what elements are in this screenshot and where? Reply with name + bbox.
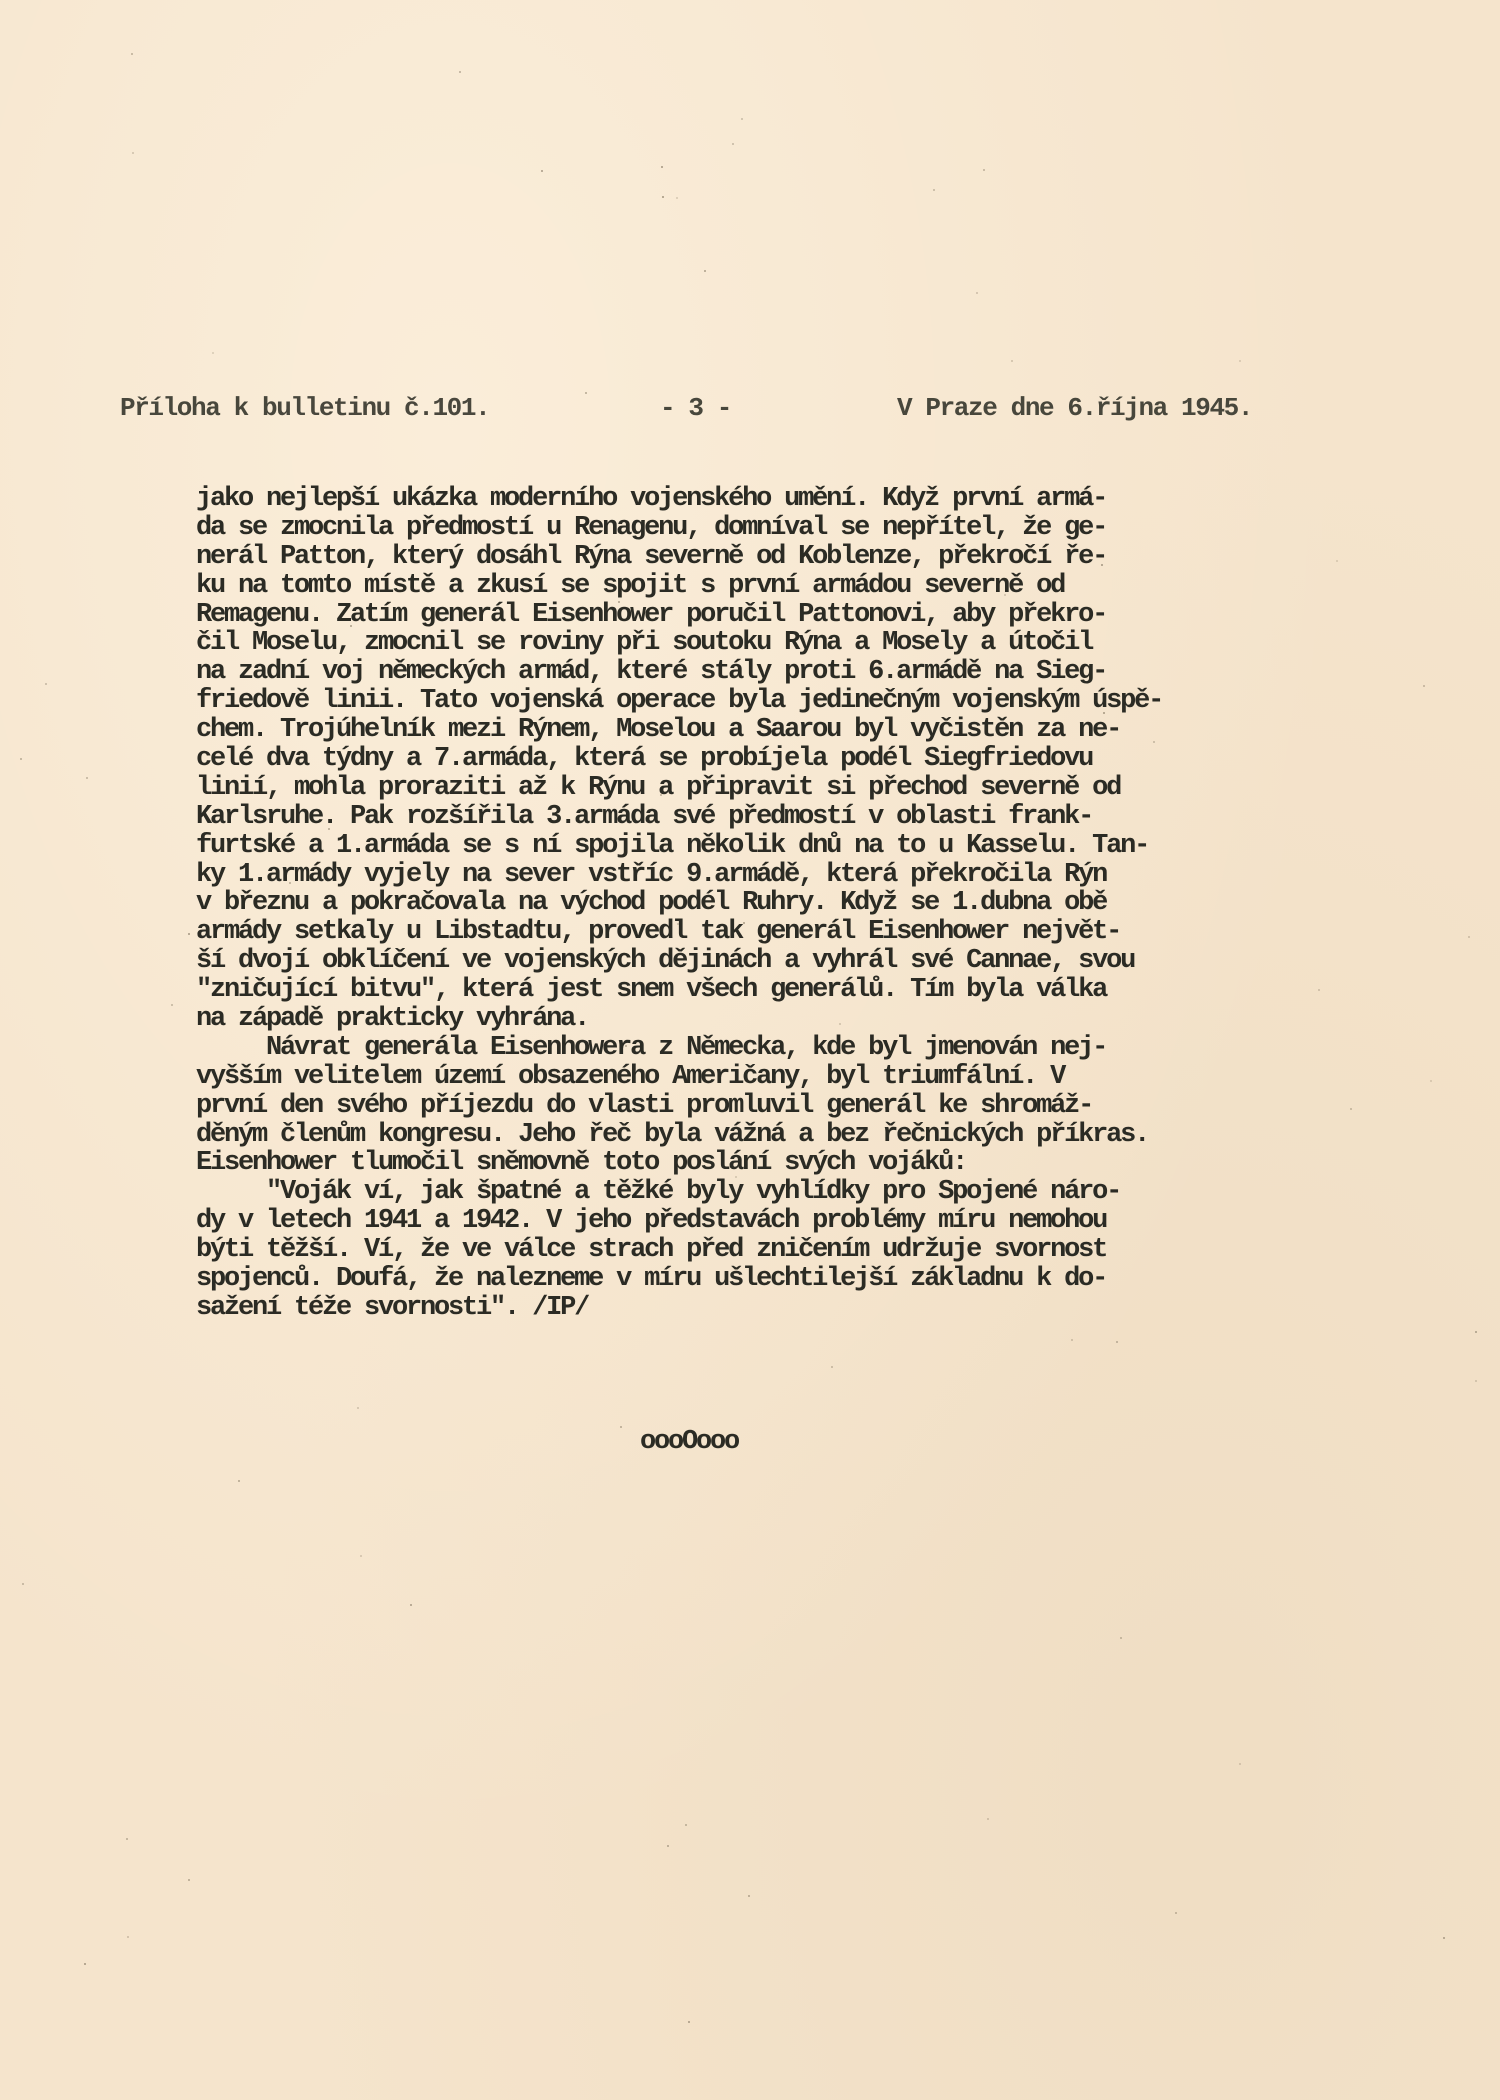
- text-line: ší dvojí obklíčení ve vojenských dějinác…: [196, 947, 1446, 976]
- paper-speck: [126, 1838, 128, 1840]
- closing-mark: oooOooo: [640, 1427, 738, 1457]
- paper-speck: [1116, 1341, 1118, 1343]
- text-line: děným členům kongresu. Jeho řeč byla váž…: [196, 1121, 1446, 1150]
- text-line: ku na tomto místě a zkusí se spojit s pr…: [196, 572, 1446, 601]
- paper-speck: [704, 270, 706, 272]
- paper-speck: [1239, 1763, 1241, 1765]
- document-header: Příloha k bulletinu č.101. - 3 - V Praze…: [0, 393, 1500, 427]
- text-line: první den svého příjezdu do vlasti proml…: [196, 1092, 1446, 1121]
- paper-speck: [188, 1879, 190, 1881]
- text-line: Karlsruhe. Pak rozšířila 3.armáda své př…: [196, 803, 1446, 832]
- paper-speck: [45, 683, 47, 685]
- text-line: celé dva týdny a 7.armáda, která se prob…: [196, 745, 1446, 774]
- paper-speck: [662, 196, 664, 198]
- paper-speck: [459, 71, 461, 73]
- paper-speck: [661, 166, 663, 168]
- paper-speck: [1475, 1331, 1477, 1333]
- text-line: Remagenu. Zatím generál Eisenhower poruč…: [196, 601, 1446, 630]
- paper-speck: [620, 1426, 622, 1428]
- text-line: furtské a 1.armáda se s ní spojila někol…: [196, 832, 1446, 861]
- text-line: "Voják ví, jak špatné a těžké byly vyhlí…: [196, 1178, 1446, 1207]
- text-line: chem. Trojúhelník mezi Rýnem, Moselou a …: [196, 716, 1446, 745]
- text-line: ky 1.armády vyjely na sever vstříc 9.arm…: [196, 861, 1446, 890]
- paper-speck: [212, 352, 214, 354]
- paper-speck: [676, 197, 678, 199]
- paper-speck: [667, 1845, 669, 1847]
- text-line: býti těžší. Ví, že ve válce strach před …: [196, 1236, 1446, 1265]
- paper-speck: [1239, 360, 1241, 362]
- paper-speck: [86, 777, 88, 779]
- text-line: sažení téže svornosti". /IP/: [196, 1294, 1446, 1323]
- text-line: vyšším velitelem území obsazeného Američ…: [196, 1063, 1446, 1092]
- text-line: spojenců. Doufá, že nalezneme v míru ušl…: [196, 1265, 1446, 1294]
- paper-speck: [983, 169, 985, 171]
- paper-speck: [84, 1963, 86, 1965]
- paper-speck: [933, 189, 935, 191]
- paper-speck: [132, 152, 134, 154]
- place-and-date: V Praze dne 6.října 1945.: [897, 393, 1252, 423]
- paper-speck: [22, 1583, 24, 1585]
- paper-speck: [987, 1818, 989, 1820]
- paper-speck: [688, 2021, 690, 2023]
- text-line: na západě prakticky vyhrána.: [196, 1005, 1446, 1034]
- text-line: dy v letech 1941 a 1942. V jeho představ…: [196, 1207, 1446, 1236]
- text-line: v březnu a pokračovala na východ podél R…: [196, 889, 1446, 918]
- paper-speck: [1071, 1339, 1073, 1341]
- text-line: linií, mohla proraziti až k Rýnu a připr…: [196, 774, 1446, 803]
- paper-speck: [238, 1480, 240, 1482]
- paper-speck: [976, 292, 978, 294]
- paper-speck: [171, 1004, 173, 1006]
- paper-speck: [748, 1895, 750, 1897]
- document-body: jako nejlepší ukázka moderního vojenskéh…: [196, 485, 1446, 1323]
- paper-speck: [1120, 1637, 1122, 1639]
- paper-speck: [741, 118, 743, 120]
- text-line: friedově linii. Tato vojenská operace by…: [196, 687, 1446, 716]
- text-line: nerál Patton, který dosáhl Rýna severně …: [196, 543, 1446, 572]
- paper-speck: [20, 758, 22, 760]
- paper-speck: [685, 1824, 687, 1826]
- text-line: da se zmocnila předmostí u Renagenu, dom…: [196, 514, 1446, 543]
- paper-speck: [1468, 936, 1470, 938]
- paper-speck: [541, 170, 543, 172]
- text-line: armády setkaly u Libstadtu, provedl tak …: [196, 918, 1446, 947]
- text-line: Návrat generála Eisenhowera z Německa, k…: [196, 1034, 1446, 1063]
- page-number: - 3 -: [660, 393, 731, 423]
- text-line: čil Moselu, zmocnil se roviny při soutok…: [196, 629, 1446, 658]
- paper-speck: [360, 1555, 362, 1557]
- paper-speck: [732, 143, 734, 145]
- text-line: "zničující bitvu", která jest snem všech…: [196, 976, 1446, 1005]
- paper-speck: [1475, 1380, 1477, 1382]
- paper-speck: [131, 53, 133, 55]
- text-line: jako nejlepší ukázka moderního vojenskéh…: [196, 485, 1446, 514]
- paper-speck: [1175, 1912, 1177, 1914]
- paper-speck: [410, 1604, 412, 1606]
- paper-speck: [1443, 1937, 1445, 1939]
- paper-speck: [127, 1936, 129, 1938]
- bulletin-reference: Příloha k bulletinu č.101.: [120, 393, 489, 423]
- paper-speck: [188, 933, 190, 935]
- paper-speck: [831, 1366, 833, 1368]
- paper-speck: [1011, 360, 1013, 362]
- text-line: Eisenhower tlumočil sněmovně toto poslán…: [196, 1149, 1446, 1178]
- paper-speck: [357, 1407, 359, 1409]
- text-line: na zadní voj německých armád, které stál…: [196, 658, 1446, 687]
